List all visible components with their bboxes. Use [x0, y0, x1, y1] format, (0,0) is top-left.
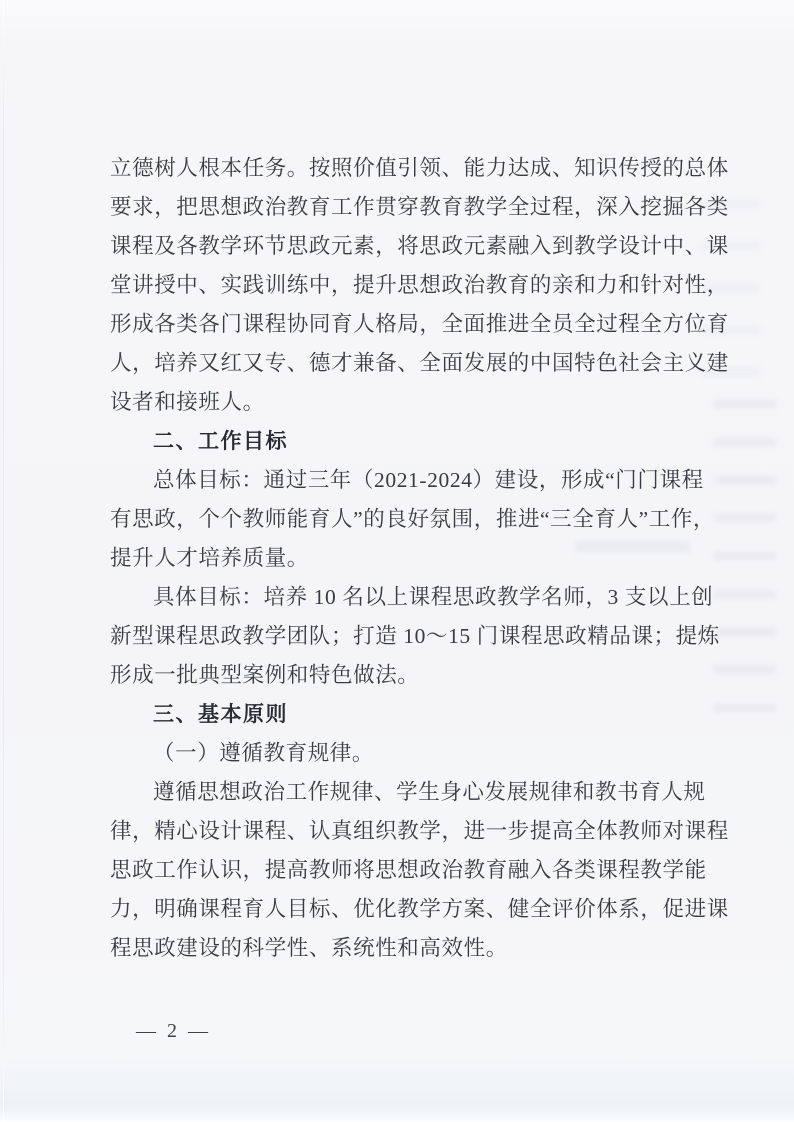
scanned-document-page: 立德树人根本任务。按照价值引领、能力达成、知识传授的总体 要求，把思想政治教育工…	[0, 0, 794, 1122]
page-number: — 2 —	[136, 1016, 211, 1046]
document-body: 立德树人根本任务。按照价值引领、能力达成、知识传授的总体 要求，把思想政治教育工…	[110, 149, 694, 968]
paragraph1-line7: 设者和接班人。	[110, 383, 694, 422]
paragraph5-line2: 律，精心设计课程、认真组织教学，进一步提高全体教师对课程	[110, 812, 694, 851]
paragraph5-line5: 程思政建设的科学性、系统性和高效性。	[110, 929, 694, 968]
paragraph5-line1: 遵循思想政治工作规律、学生身心发展规律和教书育人规	[110, 773, 694, 812]
paragraph2-line3: 提升人才培养质量。	[110, 539, 694, 578]
paragraph5-line4: 力，明确课程育人目标、优化教学方案、健全评价体系，促进课	[110, 890, 694, 929]
paragraph2-line1: 总体目标：通过三年（2021-2024）建设，形成“门门课程	[110, 461, 694, 500]
paragraph3-line2: 新型课程思政教学团队；打造 10～15 门课程思政精品课；提炼	[110, 617, 694, 656]
paragraph4-line1: （一）遵循教育规律。	[110, 734, 694, 773]
section-heading-work-goals: 二、工作目标	[110, 422, 694, 461]
paragraph3-line1: 具体目标：培养 10 名以上课程思政教学名师，3 支以上创	[110, 578, 694, 617]
paragraph1-line1: 立德树人根本任务。按照价值引领、能力达成、知识传授的总体	[110, 149, 694, 188]
paragraph5-line3: 思政工作认识，提高教师将思想政治教育融入各类课程教学能	[110, 851, 694, 890]
paragraph2-line2: 有思政，个个教师能育人”的良好氛围，推进“三全育人”工作，	[110, 500, 694, 539]
paragraph1-line5: 形成各类各门课程协同育人格局，全面推进全员全过程全方位育	[110, 305, 694, 344]
paragraph1-line3: 课程及各教学环节思政元素，将思政元素融入到教学设计中、课	[110, 227, 694, 266]
paragraph1-line6: 人，培养又红又专、德才兼备、全面发展的中国特色社会主义建	[110, 344, 694, 383]
section-heading-basic-principles: 三、基本原则	[110, 695, 694, 734]
scan-bleed-artifact	[714, 400, 776, 730]
paragraph1-line4: 堂讲授中、实践训练中，提升思想政治教育的亲和力和针对性，	[110, 266, 694, 305]
paragraph1-line2: 要求，把思想政治教育工作贯穿教育教学全过程，深入挖掘各类	[110, 188, 694, 227]
page-edge-shadow	[3, 0, 4, 1122]
paragraph3-line3: 形成一批典型案例和特色做法。	[110, 656, 694, 695]
